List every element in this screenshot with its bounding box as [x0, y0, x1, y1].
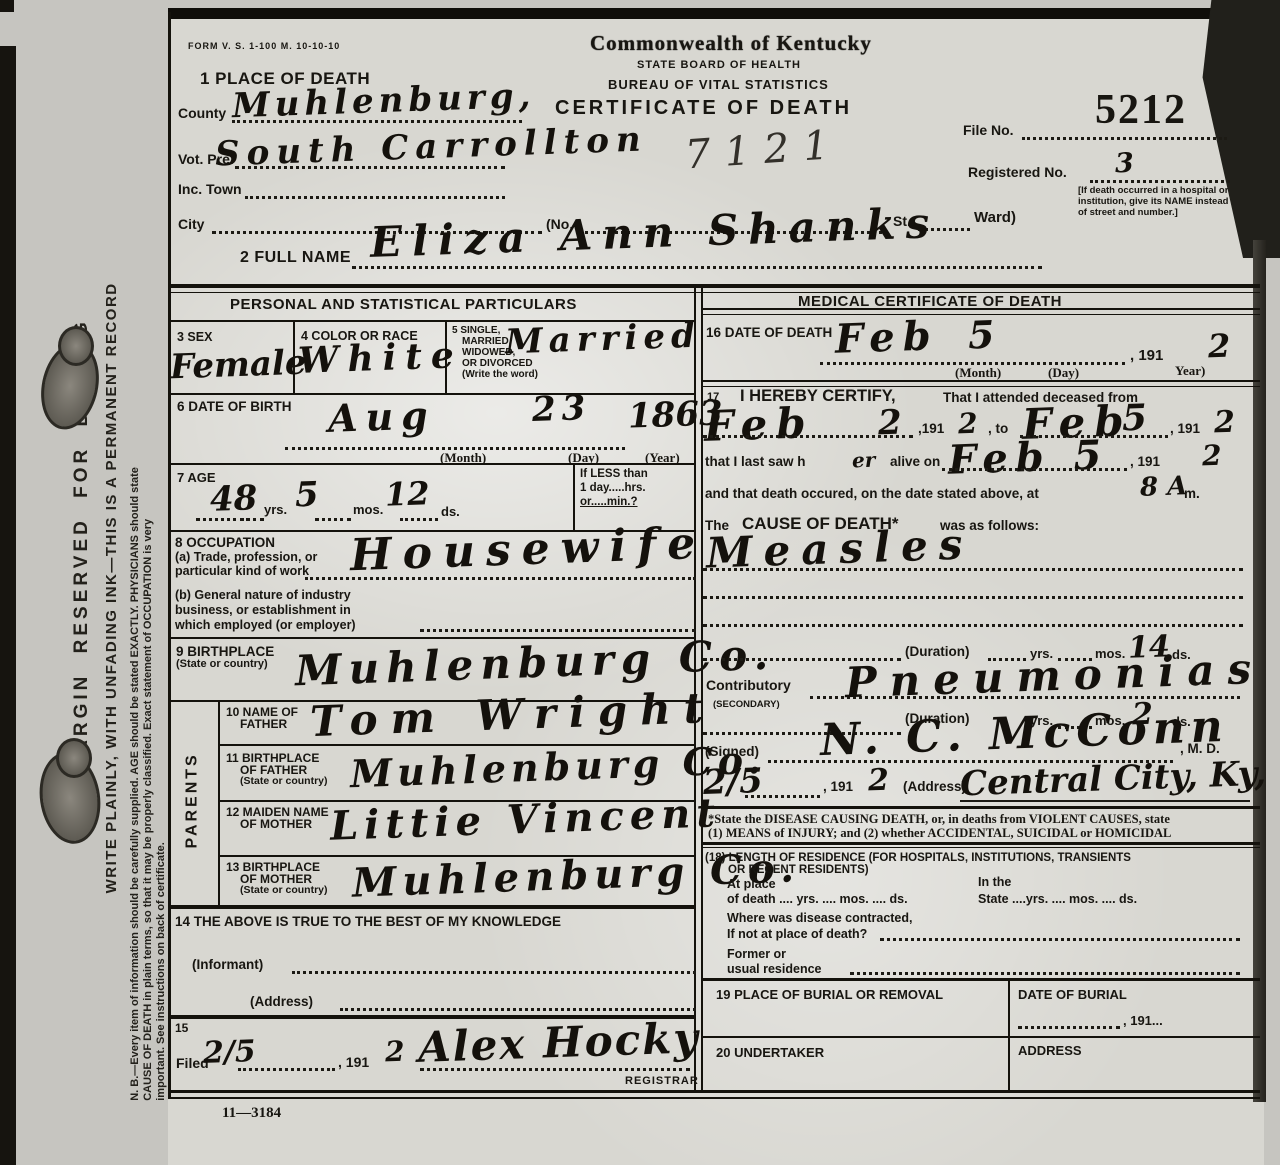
occupation-a2: particular kind of work — [175, 565, 309, 578]
commonwealth-title: Commonwealth of Kentucky — [590, 32, 872, 54]
burial-date-year: , 191... — [1123, 1014, 1163, 1028]
death-time-value: 8 A — [1140, 473, 1188, 501]
signed-year-printed: , 191 — [823, 780, 853, 794]
rule-h — [168, 284, 1260, 288]
filed-date-value: 2/5 — [202, 1037, 256, 1069]
informant-address-label: (Address) — [250, 995, 313, 1009]
informant-address-line — [340, 1008, 696, 1011]
marital-label-l5: (Write the word) — [462, 370, 538, 381]
margin-write-plainly-note: WRITE PLAINLY, WITH UNFADING INK—THIS IS… — [104, 73, 120, 1103]
sex-value: Female — [169, 346, 307, 385]
contributory-label: Contributory — [706, 678, 791, 693]
filed-year-printed: , 191 — [338, 1055, 369, 1070]
filed-section-number: 15 — [175, 1022, 188, 1035]
rule-v — [573, 463, 575, 530]
burial-place-label: 19 PLACE OF BURIAL OR REMOVAL — [716, 988, 943, 1002]
dob-month-value: Aug — [327, 396, 436, 438]
residence-label-l1: (18) LENGTH OF RESIDENCE (FOR HOSPITALS,… — [705, 852, 1131, 864]
father-name-label-l2: FATHER — [240, 718, 287, 731]
race-value: White — [297, 337, 463, 379]
marital-value: Married — [504, 319, 701, 360]
at-place-l1: At place — [727, 878, 776, 891]
cause-line — [703, 568, 1243, 571]
age-mos-label: mos. — [353, 503, 383, 517]
rule-h — [168, 292, 1260, 293]
margin-nb-line3: important. See instructions on back of c… — [156, 71, 168, 1101]
rule-h — [701, 806, 1260, 809]
md-label: , M. D. — [1180, 742, 1220, 756]
physician-address-value: Central City, Ky, — [959, 757, 1266, 802]
dod-year-caption: Year) — [1175, 364, 1205, 378]
registered-no-label: Registered No. — [968, 165, 1067, 180]
age-yrs-label: yrs. — [264, 503, 287, 517]
scan-edge-corner — [0, 0, 14, 12]
county-value: Muhlenburg, — [231, 79, 535, 124]
attended-to-year-printed: , 191 — [1170, 422, 1200, 436]
burial-date-line — [1018, 1026, 1120, 1029]
personal-section-title: PERSONAL AND STATISTICAL PARTICULARS — [230, 297, 577, 313]
age-years-value: 48 — [209, 481, 257, 517]
attended-from-line — [703, 435, 913, 438]
registrar-signature: Alex Hocky — [417, 1017, 700, 1069]
last-saw-er: er — [852, 450, 876, 471]
occupation-label: 8 OCCUPATION — [175, 536, 275, 550]
registrar-line — [420, 1068, 690, 1071]
former-residence-l2: usual residence — [727, 963, 822, 976]
date-of-death-label: 16 DATE OF DEATH — [706, 326, 832, 340]
occupation-b3: which employed (or employer) — [175, 619, 356, 632]
rule-h — [701, 842, 1260, 845]
cause-line — [703, 596, 1243, 599]
occupation-value: Housewife — [349, 522, 707, 578]
informant-label: (Informant) — [192, 958, 263, 972]
death-occurred-text: and that death occured, on the date stat… — [705, 487, 1039, 501]
rule-h — [168, 1097, 1260, 1099]
signed-label: (Signed) — [705, 745, 759, 759]
file-no-label: File No. — [963, 123, 1014, 138]
signed-year-digit: 2 — [867, 766, 889, 797]
attended-from-month: Feb — [703, 402, 815, 448]
rule-h — [701, 847, 1260, 848]
filed-line — [238, 1068, 335, 1071]
age-line — [246, 518, 264, 521]
rule-v-left-border — [168, 12, 171, 1099]
scan-edge-left — [0, 46, 16, 1165]
last-saw-text-1: that I last saw h — [705, 455, 806, 469]
rule-h — [701, 978, 1260, 981]
address-underline — [960, 800, 1250, 802]
signed-date-line — [745, 795, 820, 798]
attended-to-year-digit: 2 — [1213, 408, 1235, 439]
cause-of-death-value: Measles — [705, 523, 974, 574]
dod-month-caption: (Month) — [955, 366, 1001, 380]
sex-label: 3 SEX — [177, 331, 212, 344]
truth-statement: 14 THE ABOVE IS TRUE TO THE BEST OF MY K… — [175, 915, 561, 929]
registrar-label: REGISTRAR — [625, 1076, 699, 1088]
last-saw-text-2: alive on — [890, 455, 940, 469]
violent-causes-note-2: (1) MEANS of INJURY; and (2) whether ACC… — [708, 827, 1171, 840]
bureau-title: BUREAU OF VITAL STATISTICS — [608, 78, 829, 92]
age-less-l3: or.....min.? — [580, 496, 638, 508]
date-of-death-year-printed: , 191 — [1130, 348, 1163, 364]
county-label: County — [178, 106, 226, 121]
file-no-line — [1022, 137, 1227, 140]
full-name-label: 2 FULL NAME — [240, 250, 351, 267]
occupation-b-line — [420, 629, 696, 632]
file-number-stamp: 5212 — [1095, 88, 1187, 132]
top-border-bar — [168, 8, 1280, 19]
city-ward-label: Ward) — [974, 210, 1016, 226]
in-state-l1: In the — [978, 876, 1011, 889]
filed-year-digit: 2 — [385, 1038, 405, 1067]
city-label: City — [178, 217, 204, 232]
inc-town-line — [245, 196, 505, 199]
former-residence-l1: Former or — [727, 948, 786, 961]
rule-v — [218, 700, 220, 905]
ink-blot — [58, 326, 94, 366]
last-saw-year-digit: 2 — [1202, 442, 1222, 471]
ink-blot — [56, 738, 92, 778]
parents-vertical-label: PARENTS — [185, 710, 202, 890]
at-place-l2: of death .... yrs. .... mos. .... ds. — [727, 893, 908, 906]
attended-from-year-digit: 2 — [958, 410, 978, 439]
occupation-b1: (b) General nature of industry — [175, 589, 351, 602]
undertaker-address-label: ADDRESS — [1018, 1044, 1082, 1058]
rule-h — [701, 1036, 1260, 1038]
form-code: FORM V. S. 1-100 M. 10-10-10 — [188, 42, 340, 51]
cause-line — [703, 624, 1243, 627]
death-time-m-label: m. — [1184, 487, 1200, 501]
former-residence-line — [850, 972, 1240, 975]
violent-causes-note-1: *State the DISEASE CAUSING DEATH, or, in… — [708, 813, 1170, 826]
physician-address-label: (Address) — [903, 780, 966, 794]
full-name-line — [352, 266, 1042, 269]
mother-maiden-label-l2: OF MOTHER — [240, 818, 312, 831]
plate-number: 11—3184 — [222, 1106, 281, 1122]
date-of-death-month: Feb — [834, 316, 939, 360]
date-of-death-day: 5 — [967, 316, 995, 355]
age-line — [315, 518, 351, 521]
attended-to-day: 5 — [1121, 400, 1147, 437]
certificate-title: CERTIFICATE OF DEATH — [555, 98, 852, 119]
inc-town-label: Inc. Town — [178, 182, 242, 197]
informant-line — [292, 971, 696, 974]
burial-date-label: DATE OF BURIAL — [1018, 988, 1127, 1002]
rule-h — [701, 308, 1260, 310]
rule-h — [701, 380, 1260, 382]
dob-day-value: 23 — [531, 391, 591, 427]
margin-binding-note: MARGIN RESERVED FOR BINDING — [72, 96, 92, 996]
secondary-label: (SECONDARY) — [713, 700, 780, 710]
margin-nb-line1: N. B.—Every item of information should b… — [130, 71, 142, 1101]
rule-h — [168, 905, 696, 909]
occupation-b2: business, or establishment in — [175, 604, 351, 617]
scanned-death-certificate: MARGIN RESERVED FOR BINDING WRITE PLAINL… — [0, 0, 1280, 1165]
age-line — [400, 518, 438, 521]
age-ds-label: ds. — [441, 505, 460, 519]
margin-nb-line2: CAUSE OF DEATH in plain terms, so that i… — [143, 71, 155, 1101]
last-saw-year-printed: , 191 — [1130, 455, 1160, 469]
rule-h — [168, 1090, 1260, 1093]
registered-no-value: 3 — [1115, 150, 1135, 178]
state-board-title: STATE BOARD OF HEALTH — [637, 60, 801, 72]
dod-day-caption: (Day) — [1048, 366, 1079, 380]
age-days-value: 12 — [384, 477, 430, 511]
residence-label-l2: OR RECENT RESIDENTS) — [728, 864, 869, 876]
in-state-l2: State ....yrs. .... mos. .... ds. — [978, 893, 1137, 906]
last-saw-date: Feb 5 — [947, 435, 1110, 481]
contracted-l2: If not at place of death? — [727, 928, 867, 941]
age-less-l1: If LESS than — [580, 468, 648, 480]
scribble-number: 7121 — [684, 125, 844, 176]
dob-label: 6 DATE OF BIRTH — [177, 400, 292, 414]
birthplace-sub-label: (State or country) — [176, 659, 268, 671]
undertaker-label: 20 UNDERTAKER — [716, 1046, 824, 1060]
rule-v — [1008, 978, 1010, 1090]
occupation-a1: (a) Trade, profession, or — [175, 551, 317, 564]
last-saw-line — [942, 468, 1127, 471]
age-months-value: 5 — [294, 478, 319, 513]
rule-h — [168, 463, 696, 465]
date-of-death-year-digit: 2 — [1207, 330, 1230, 363]
hospital-note: [If death occurred in a hospital or inst… — [1078, 186, 1238, 219]
registered-no-line — [1090, 180, 1230, 183]
contracted-line — [880, 938, 1240, 941]
mother-birthplace-label-l3: (State or country) — [240, 885, 328, 896]
father-birthplace-label-l3: (State or country) — [240, 776, 328, 787]
age-less-l2: 1 day.....hrs. — [580, 482, 646, 494]
attended-from-year-printed: ,191 — [918, 422, 944, 436]
contracted-l1: Where was disease contracted, — [727, 912, 913, 925]
